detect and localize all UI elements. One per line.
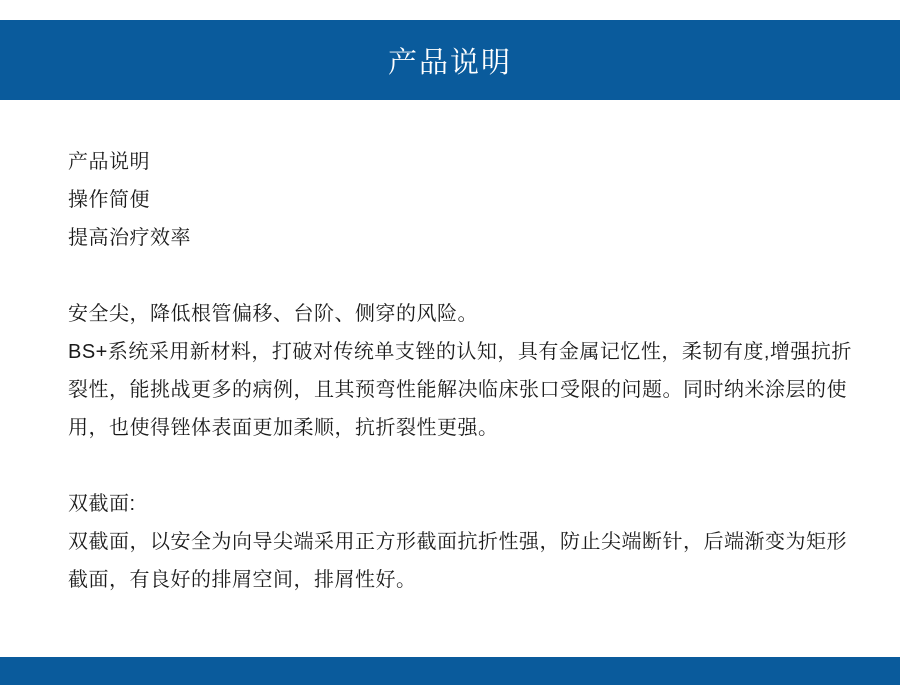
body-text: 产品说明 操作简便 提高治疗效率 安全尖，降低根管偏移、台阶、侧穿的风险。 BS… — [68, 143, 858, 599]
body-text-line: 安全尖，降低根管偏移、台阶、侧穿的风险。 — [68, 295, 858, 333]
product-description-page: 产品说明 产品说明 操作简便 提高治疗效率 安全尖，降低根管偏移、台阶、侧穿的风… — [0, 0, 900, 685]
footer-banner — [0, 657, 900, 685]
body-text-line: 双截面，以安全为向导尖端采用正方形截面抗折性强，防止尖端断针，后端渐变为矩形 — [68, 523, 858, 561]
header-banner: 产品说明 — [0, 20, 900, 100]
cross-section-block: 双截面: 双截面，以安全为向导尖端采用正方形截面抗折性强，防止尖端断针，后端渐变… — [68, 485, 858, 599]
body-text-line: 提高治疗效率 — [68, 219, 858, 257]
feature-list-block: 产品说明 操作简便 提高治疗效率 — [68, 143, 858, 257]
page-title: 产品说明 — [388, 40, 512, 81]
body-text-line: 产品说明 — [68, 143, 858, 181]
body-text-line: 截面，有良好的排屑空间，排屑性好。 — [68, 561, 858, 599]
safety-description-block: 安全尖，降低根管偏移、台阶、侧穿的风险。 BS+系统采用新材料，打破对传统单支锉… — [68, 295, 858, 447]
body-text-line: 双截面: — [68, 485, 858, 523]
body-text-line: 操作简便 — [68, 181, 858, 219]
body-text-line: 裂性，能挑战更多的病例，且其预弯性能解决临床张口受限的问题。同时纳米涂层的使 — [68, 371, 858, 409]
body-text-line: BS+系统采用新材料，打破对传统单支锉的认知，具有金属记忆性，柔韧有度,增强抗折 — [68, 333, 858, 371]
body-text-line: 用，也使得锉体表面更加柔顺，抗折裂性更强。 — [68, 409, 858, 447]
